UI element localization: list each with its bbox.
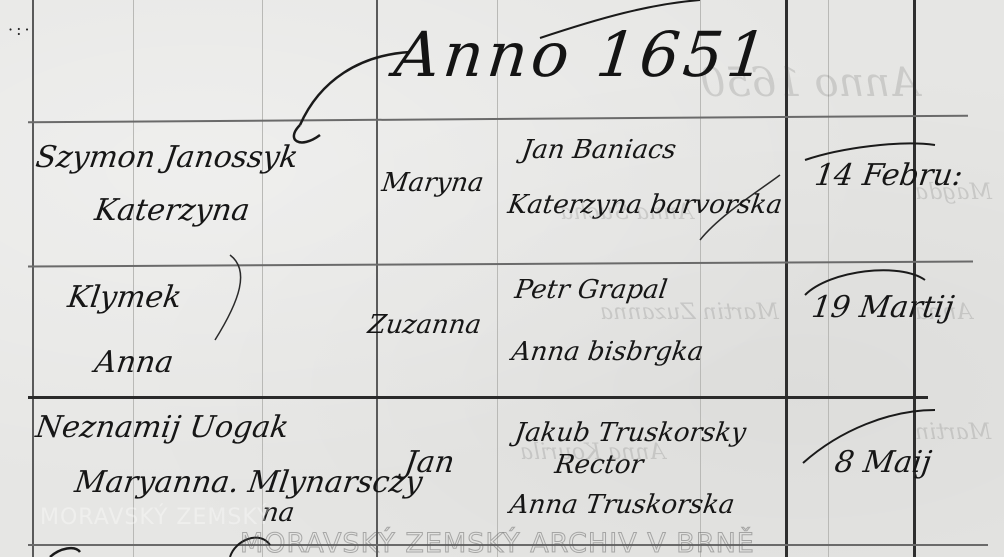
entry-2-godmother: Anna bisbrgka — [510, 337, 706, 367]
entry-3-date: 8 Maij — [833, 445, 934, 480]
entry-2-child: Zuzanna — [366, 310, 483, 340]
entry-1-godmother: Katerzyna barvorska — [506, 190, 784, 220]
row-rule-3 — [28, 396, 928, 399]
margin-rule — [32, 0, 34, 557]
entry-1-godfather: Jan Baniacs — [520, 135, 678, 165]
entry-1-child: Maryna — [380, 168, 486, 198]
archive-watermark: MORAVSKÝ ZEMSKÝ ARCHIV V BRNĚ — [240, 528, 755, 557]
entry-1-father: Szymon Janossyk — [34, 140, 301, 175]
entry-2-mother: Anna — [93, 345, 176, 380]
entry-2-date: 19 Martij — [810, 290, 957, 325]
row-rule-2 — [28, 261, 973, 268]
row-rule-1 — [28, 115, 968, 124]
manuscript-page: ·:· Anno 1650 Anna Sucha Martin Zuzanna … — [0, 0, 1004, 557]
entry-1-date: 14 Febru: — [813, 158, 966, 193]
register-year-heading: Anno 1651 — [391, 18, 774, 91]
entry-3-godfather-title: Rector — [553, 450, 645, 480]
entry-3-godmother: Anna Truskorska — [508, 490, 737, 520]
entry-2-father: Klymek — [66, 280, 184, 315]
entry-2-godfather: Petr Grapal — [513, 275, 669, 305]
entry-3-father: Neznamij Uogak — [34, 410, 291, 445]
margin-marks: ·:· — [8, 20, 33, 39]
entry-3-godfather: Jakub Truskorsky — [513, 418, 748, 448]
entry-3-child: Jan — [403, 445, 457, 480]
archive-watermark-faint: MORAVSKÝ ZEMSKÝ — [40, 505, 271, 530]
entry-3-mother: Maryanna. Mlynarsczy — [73, 465, 425, 500]
entry-1-mother: Katerzyna — [93, 193, 252, 228]
bleed-through-text: Martin — [915, 420, 991, 445]
